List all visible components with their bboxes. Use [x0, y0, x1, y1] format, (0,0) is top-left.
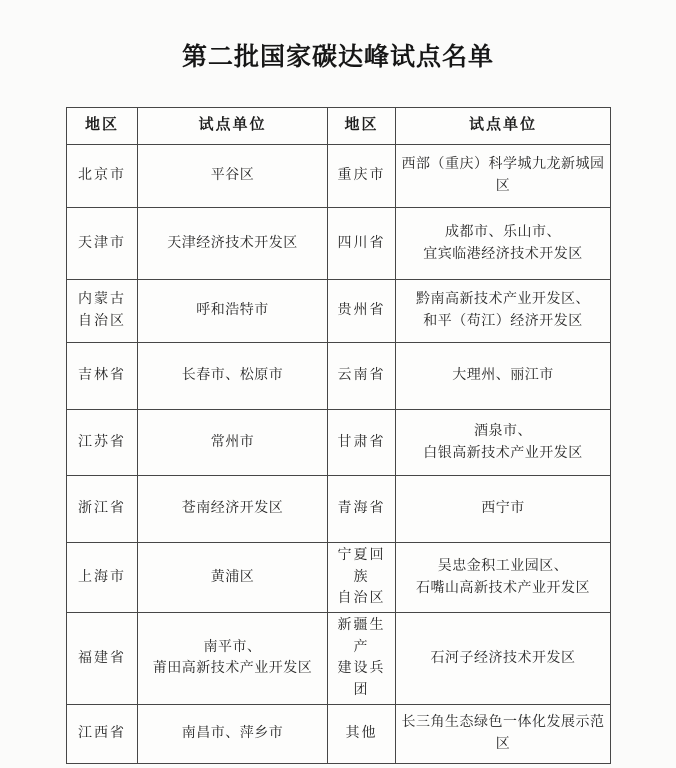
header-row: 地区 试点单位 地区 试点单位	[67, 108, 611, 145]
region-cell: 其他	[328, 704, 396, 763]
header-region-right: 地区	[328, 108, 396, 145]
region-cell: 福建省	[67, 613, 138, 705]
pilot-unit-cell: 苍南经济开发区	[138, 476, 328, 543]
table-row: 浙江省苍南经济开发区青海省西宁市	[67, 476, 611, 543]
pilot-unit-cell: 平谷区	[138, 145, 328, 208]
table-row: 江西省南昌市、萍乡市其他长三角生态绿色一体化发展示范区	[67, 704, 611, 763]
pilot-unit-cell: 石河子经济技术开发区	[396, 613, 611, 705]
region-cell: 浙江省	[67, 476, 138, 543]
header-unit-right: 试点单位	[396, 108, 611, 145]
pilot-unit-cell: 大理州、丽江市	[396, 343, 611, 410]
region-cell: 江苏省	[67, 410, 138, 476]
region-cell: 重庆市	[328, 145, 396, 208]
pilot-unit-cell: 黔南高新技术产业开发区、 和平（苟江）经济开发区	[396, 280, 611, 343]
table-row: 内蒙古 自治区呼和浩特市贵州省黔南高新技术产业开发区、 和平（苟江）经济开发区	[67, 280, 611, 343]
header-region-left: 地区	[67, 108, 138, 145]
region-cell: 吉林省	[67, 343, 138, 410]
pilot-unit-cell: 酒泉市、 白银高新技术产业开发区	[396, 410, 611, 476]
region-cell: 北京市	[67, 145, 138, 208]
table-row: 天津市天津经济技术开发区四川省成都市、乐山市、 宜宾临港经济技术开发区	[67, 208, 611, 280]
table-body: 北京市平谷区重庆市西部（重庆）科学城九龙新城园区天津市天津经济技术开发区四川省成…	[67, 145, 611, 764]
region-cell: 云南省	[328, 343, 396, 410]
pilot-unit-cell: 成都市、乐山市、 宜宾临港经济技术开发区	[396, 208, 611, 280]
pilot-unit-cell: 黄浦区	[138, 543, 328, 613]
pilot-unit-cell: 吴忠金积工业园区、 石嘴山高新技术产业开发区	[396, 543, 611, 613]
table-row: 吉林省长春市、松原市云南省大理州、丽江市	[67, 343, 611, 410]
pilot-unit-cell: 天津经济技术开发区	[138, 208, 328, 280]
table-row: 福建省南平市、 莆田高新技术产业开发区新疆生产 建设兵团石河子经济技术开发区	[67, 613, 611, 705]
header-unit-left: 试点单位	[138, 108, 328, 145]
pilot-unit-cell: 西部（重庆）科学城九龙新城园区	[396, 145, 611, 208]
document-page: 第二批国家碳达峰试点名单 地区 试点单位 地区 试点单位 北京市平谷区重庆市西部…	[0, 0, 676, 768]
table-row: 江苏省常州市甘肃省酒泉市、 白银高新技术产业开发区	[67, 410, 611, 476]
region-cell: 江西省	[67, 704, 138, 763]
pilot-unit-cell: 长春市、松原市	[138, 343, 328, 410]
table-row: 北京市平谷区重庆市西部（重庆）科学城九龙新城园区	[67, 145, 611, 208]
table-row: 上海市黄浦区宁夏回族 自治区吴忠金积工业园区、 石嘴山高新技术产业开发区	[67, 543, 611, 613]
region-cell: 青海省	[328, 476, 396, 543]
pilot-unit-cell: 南平市、 莆田高新技术产业开发区	[138, 613, 328, 705]
pilot-list-table: 地区 试点单位 地区 试点单位 北京市平谷区重庆市西部（重庆）科学城九龙新城园区…	[66, 107, 611, 764]
region-cell: 上海市	[67, 543, 138, 613]
region-cell: 新疆生产 建设兵团	[328, 613, 396, 705]
region-cell: 宁夏回族 自治区	[328, 543, 396, 613]
pilot-unit-cell: 南昌市、萍乡市	[138, 704, 328, 763]
region-cell: 贵州省	[328, 280, 396, 343]
region-cell: 甘肃省	[328, 410, 396, 476]
pilot-unit-cell: 常州市	[138, 410, 328, 476]
pilot-unit-cell: 长三角生态绿色一体化发展示范区	[396, 704, 611, 763]
region-cell: 四川省	[328, 208, 396, 280]
pilot-unit-cell: 西宁市	[396, 476, 611, 543]
region-cell: 天津市	[67, 208, 138, 280]
region-cell: 内蒙古 自治区	[67, 280, 138, 343]
pilot-unit-cell: 呼和浩特市	[138, 280, 328, 343]
page-title: 第二批国家碳达峰试点名单	[0, 0, 676, 75]
